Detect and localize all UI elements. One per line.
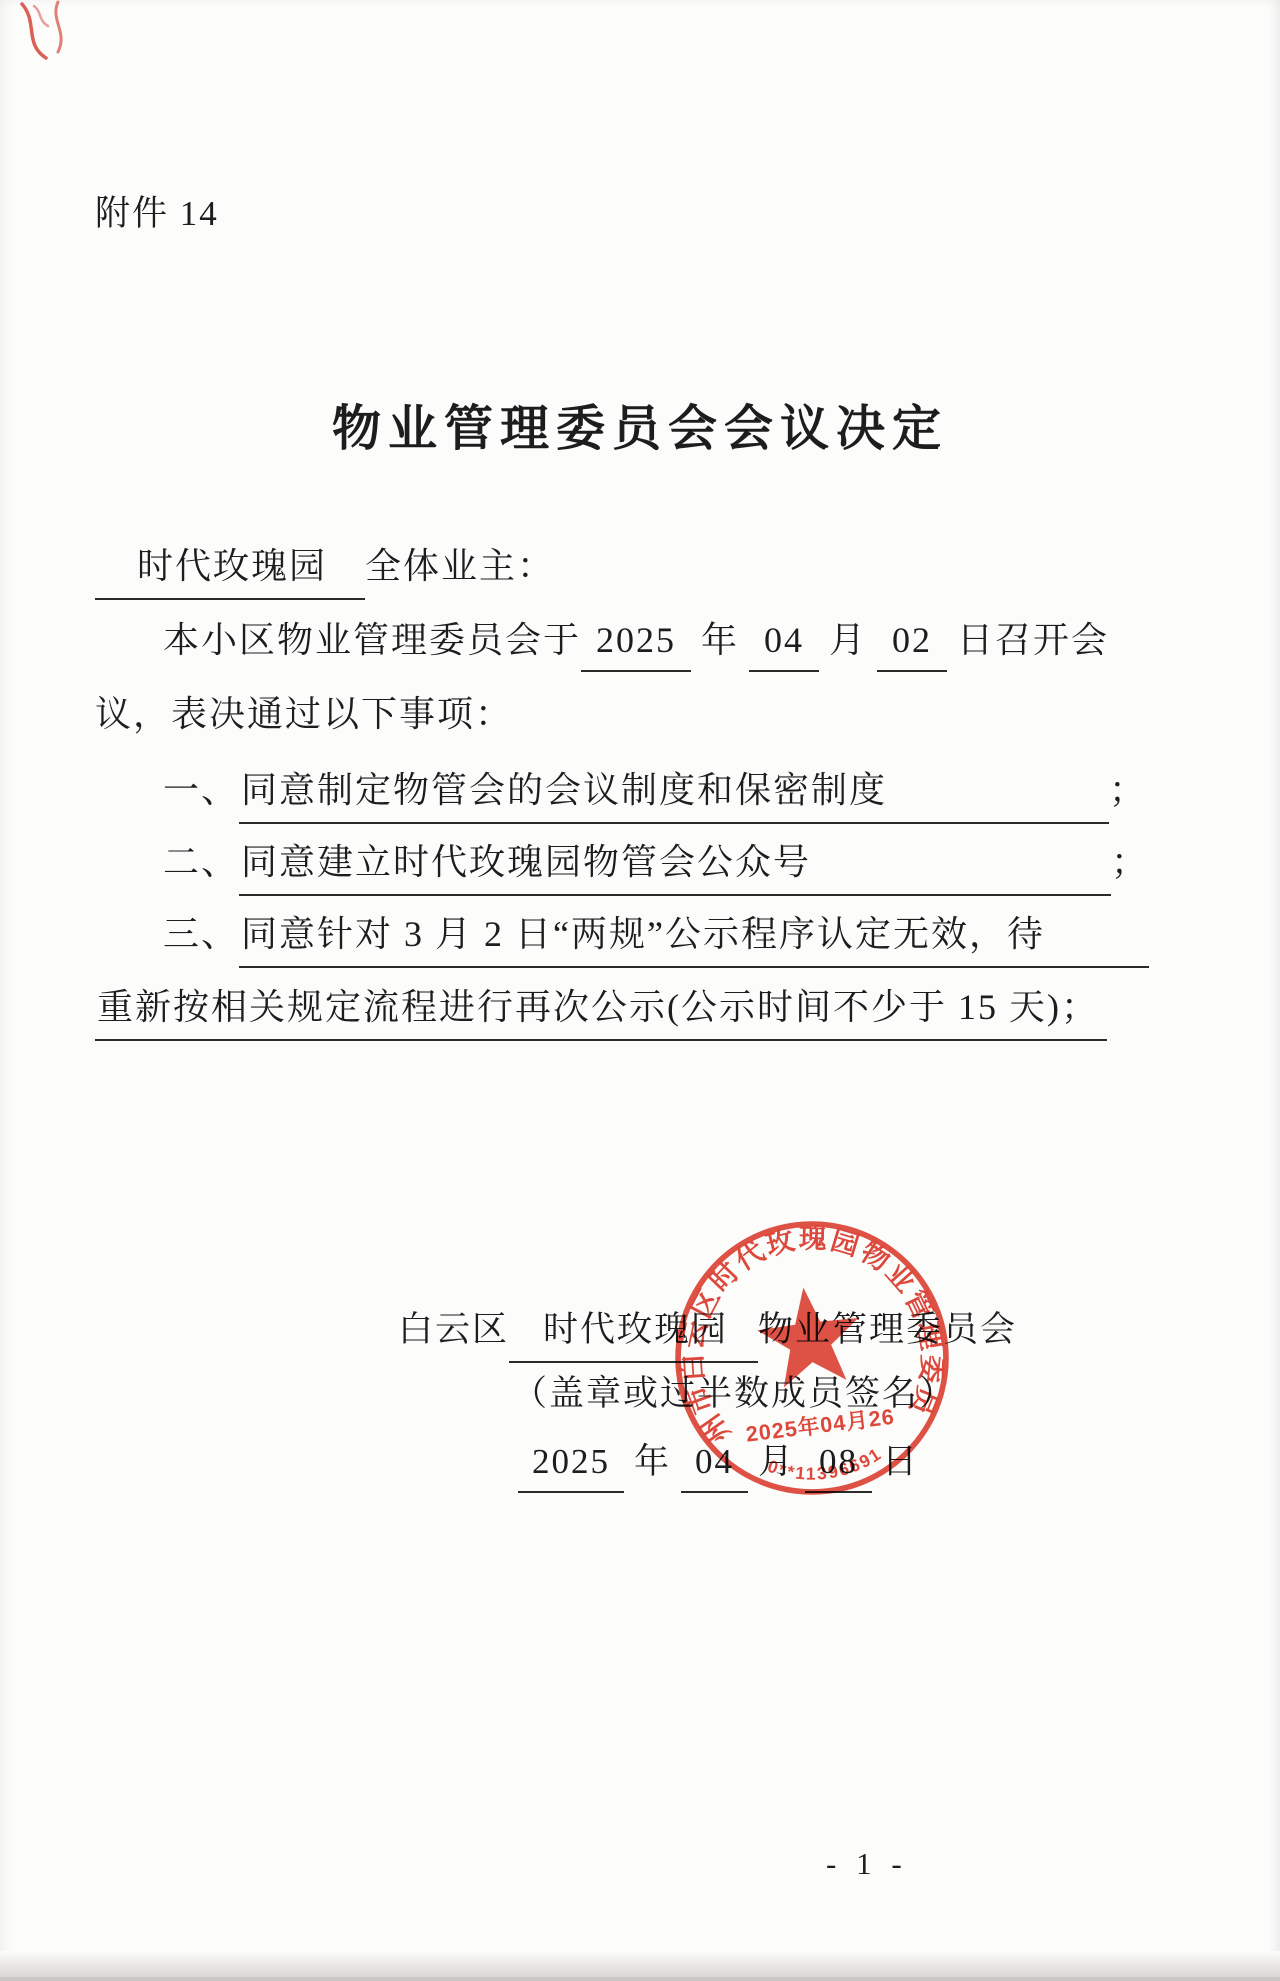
resolution-item-3-line-1: 三、同意针对 3 月 2 日“两规”公示程序认定无效，待: [163, 904, 1149, 968]
item-1-number: 一、: [163, 770, 239, 810]
sign-day-unit: 日: [882, 1442, 919, 1481]
item-1-text-blank: 同意制定物管会的会议制度和保密制度: [239, 760, 1109, 824]
resolution-item-2: 二、同意建立时代玫瑰园物管会公众号；: [163, 832, 1149, 896]
salutation-text: 全体业主：: [365, 546, 555, 586]
meeting-year-blank: 2025: [581, 617, 691, 672]
sign-year-blank: 2025: [518, 1440, 624, 1493]
item-3-number: 三、: [163, 914, 239, 954]
page-number: - 1 -: [826, 1846, 908, 1882]
salutation-line: 时代玫瑰园全体业主：: [95, 536, 555, 600]
red-pen-mark: [8, 0, 100, 80]
committee-name: 物业管理委员会: [758, 1310, 1017, 1349]
sign-month-unit: 月: [758, 1442, 795, 1481]
sign-year-unit: 年: [634, 1442, 671, 1481]
meeting-month-blank: 04: [749, 617, 819, 672]
community-name-blank-signature: 时代玫瑰园: [509, 1300, 758, 1363]
attachment-label: 附件 14: [95, 186, 219, 236]
intro-line-2: 议，表决通过以下事项：: [95, 686, 513, 737]
community-name-blank: 时代玫瑰园: [95, 536, 365, 600]
district-name: 白云区: [398, 1310, 509, 1349]
item-2-end: ；: [1111, 842, 1149, 882]
item-3-text-line-2: 重新按相关规定流程进行再次公示(公示时间不少于 15 天)；: [95, 977, 1107, 1041]
item-1-end: ；: [1109, 770, 1147, 810]
sign-month-blank: 04: [681, 1440, 748, 1493]
item-2-text-blank: 同意建立时代玫瑰园物管会公众号: [239, 832, 1111, 896]
document-title: 物业管理委员会会议决定: [0, 390, 1280, 460]
item-2-number: 二、: [163, 842, 239, 882]
signature-note-line: （盖章或过半数成员签名）: [512, 1366, 956, 1416]
resolution-item-1: 一、同意制定物管会的会议制度和保密制度；: [163, 760, 1147, 824]
day-suffix: 日召开会: [957, 620, 1109, 660]
sign-day-blank: 08: [805, 1440, 872, 1493]
scanned-document-page: 附件 14 物业管理委员会会议决定 时代玫瑰园全体业主： 本小区物业管理委员会于…: [0, 0, 1280, 1981]
meeting-day-blank: 02: [877, 617, 947, 672]
year-unit: 年: [701, 620, 739, 660]
resolution-item-3-line-2: 重新按相关规定流程进行再次公示(公示时间不少于 15 天)；: [95, 977, 1107, 1041]
item-3-text-line-1: 同意针对 3 月 2 日“两规”公示程序认定无效，待: [239, 904, 1149, 968]
intro-prefix: 本小区物业管理委员会于: [163, 620, 581, 660]
intro-line-1: 本小区物业管理委员会于2025年04月02日召开会: [163, 612, 1119, 672]
month-unit: 月: [829, 620, 867, 660]
signature-committee-line: 白云区时代玫瑰园物业管理委员会: [398, 1300, 1017, 1363]
signature-date-line: 2025年04月08日: [518, 1434, 929, 1493]
